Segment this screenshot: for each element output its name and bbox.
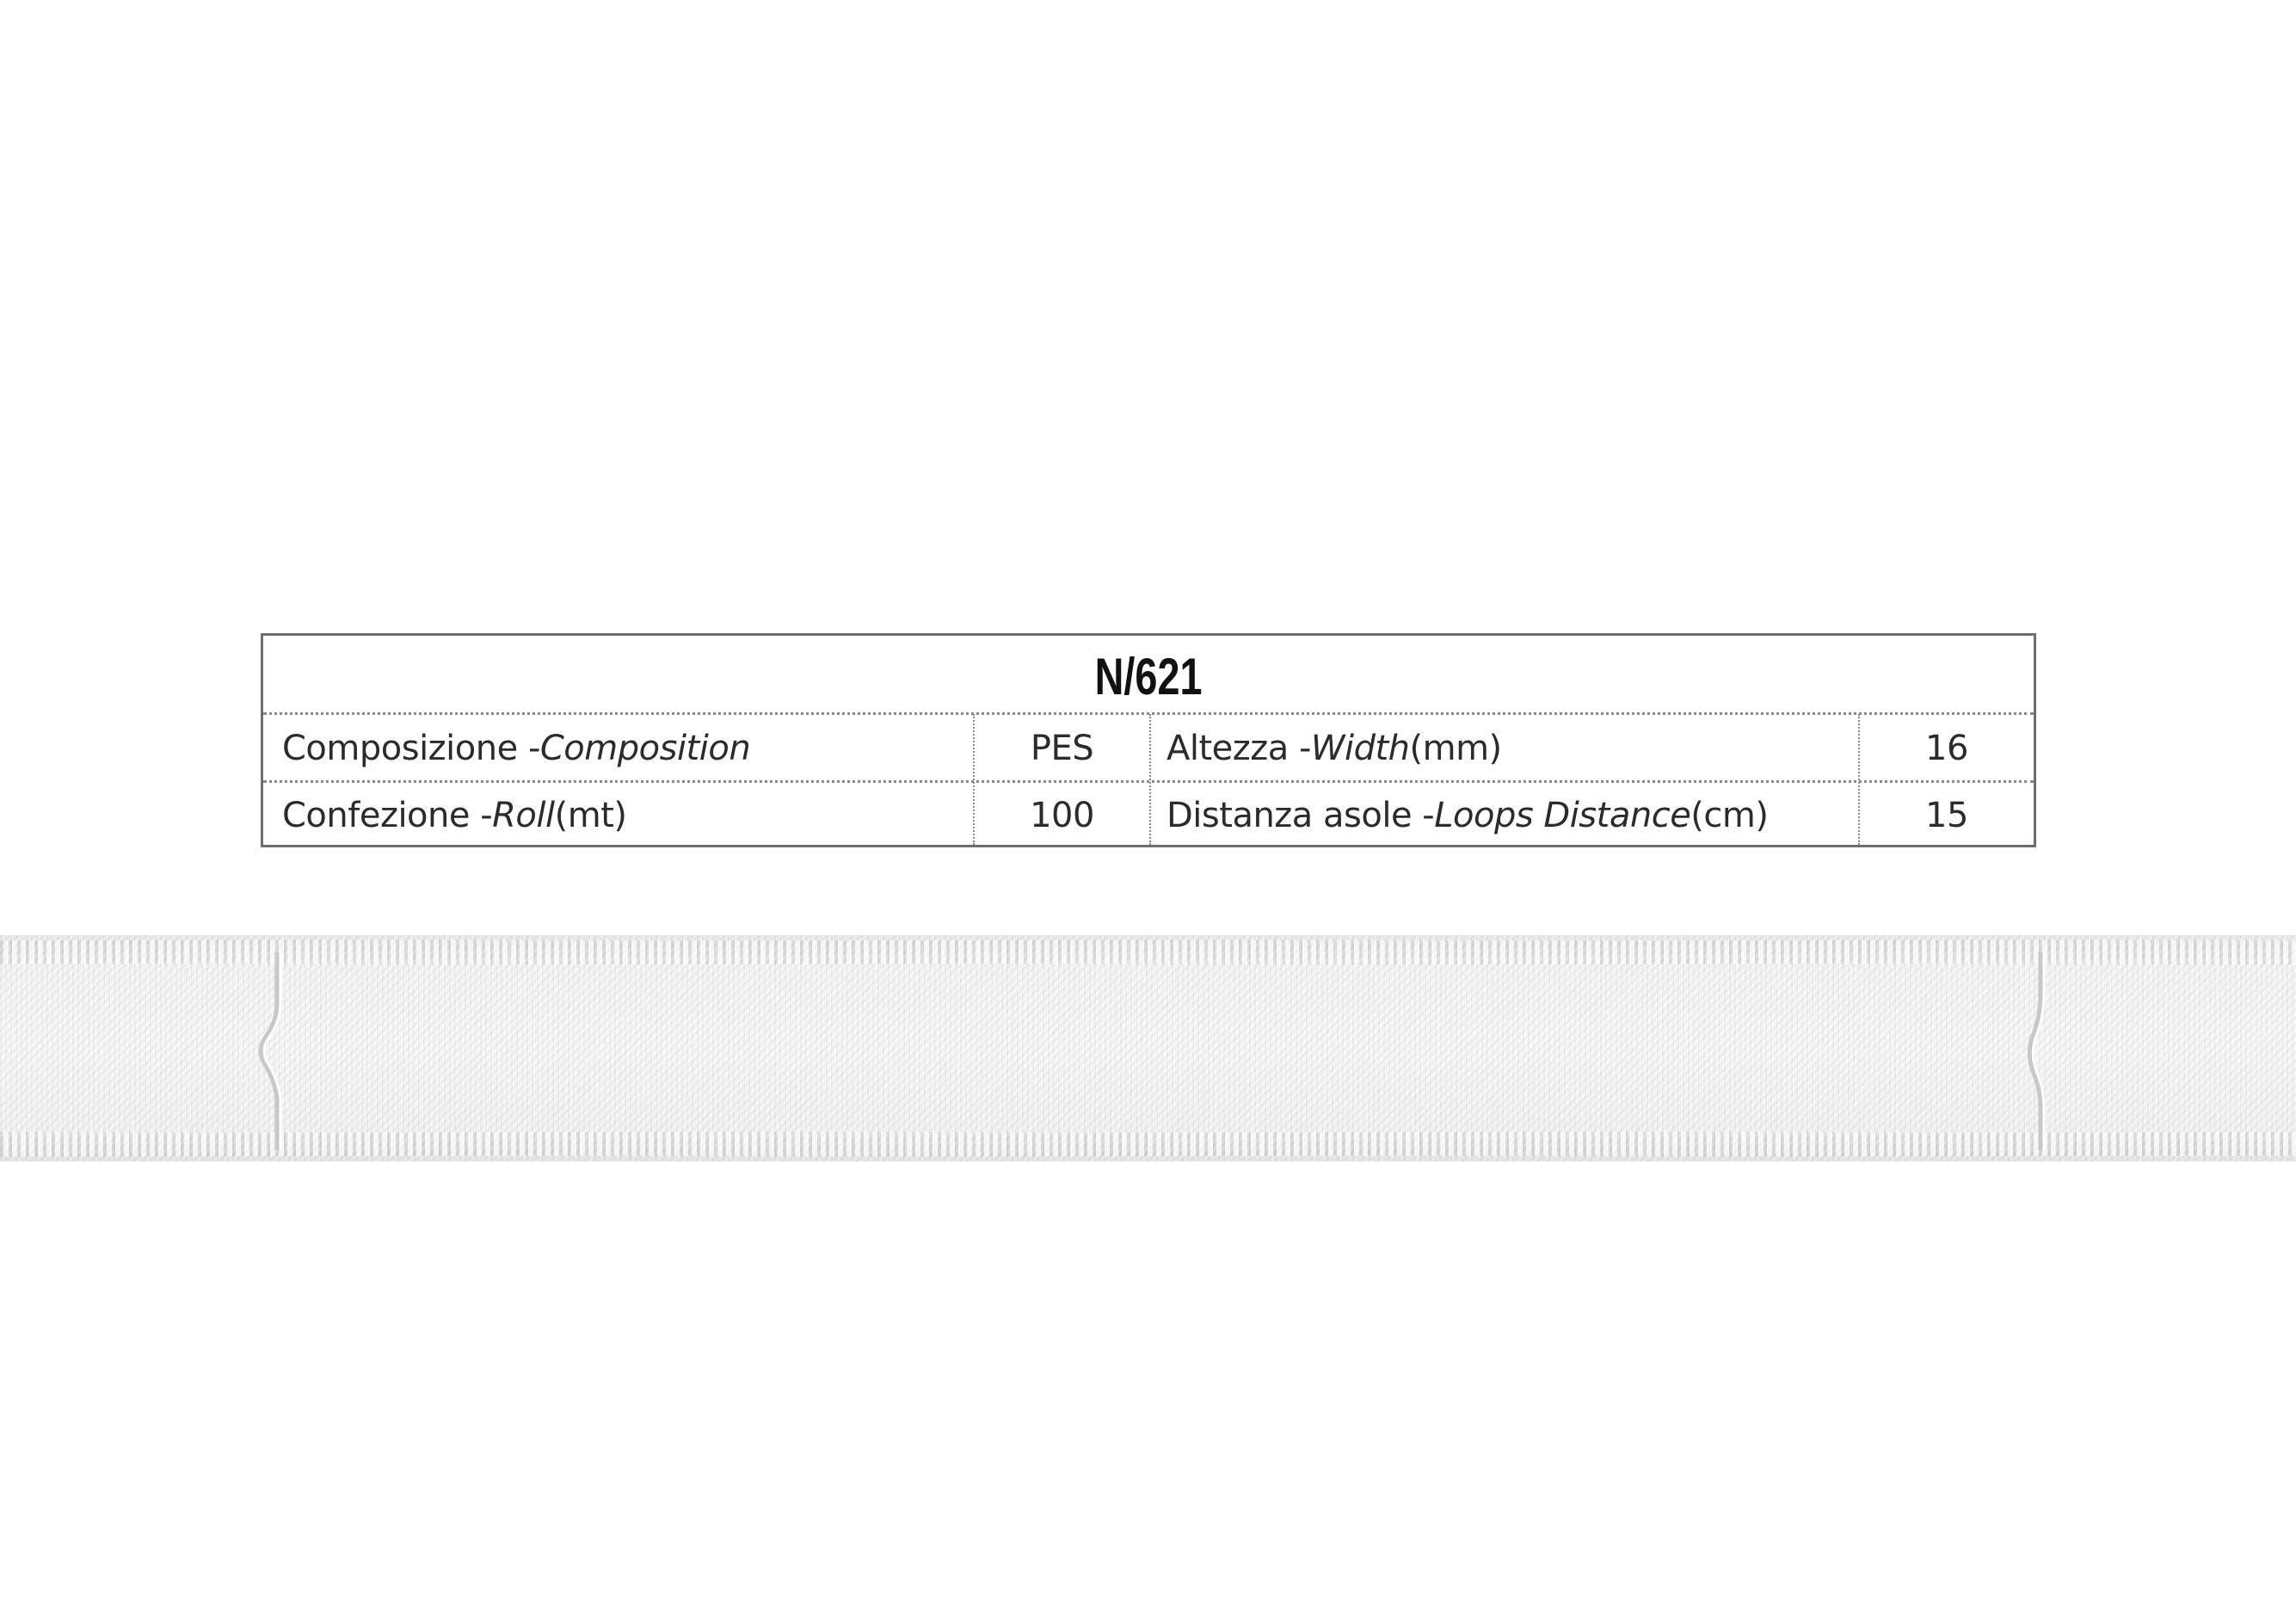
label-unit: (mt) xyxy=(555,796,627,835)
roll-value: 100 xyxy=(975,782,1149,849)
width-label: Altezza - Width (mm) xyxy=(1151,715,1858,782)
spec-table: N/621 Composizione - Composition PES Alt… xyxy=(261,633,2036,847)
loops-distance-label: Distanza asole - Loops Distance (cm) xyxy=(1151,782,1858,849)
product-code: N/621 xyxy=(1095,647,1203,706)
label-en: Width xyxy=(1311,729,1410,768)
loops-distance-value: 15 xyxy=(1860,782,2034,849)
label-en: Roll xyxy=(492,796,555,835)
width-value: 16 xyxy=(1860,715,2034,782)
roll-label: Confezione - Roll (mt) xyxy=(263,782,973,849)
label-it: Composizione - xyxy=(282,729,540,768)
label-en: Loops Distance xyxy=(1434,796,1690,835)
composition-value: PES xyxy=(975,715,1149,782)
label-unit: (mm) xyxy=(1410,729,1502,768)
title-row: N/621 xyxy=(263,636,2034,714)
tape-bottom-edge xyxy=(0,1132,2296,1156)
curtain-tape-image xyxy=(0,935,2296,1161)
label-it: Confezione - xyxy=(282,796,492,835)
loop-pocket-icon xyxy=(251,935,286,1161)
loop-pocket-icon xyxy=(2022,935,2056,1161)
composition-label: Composizione - Composition xyxy=(263,715,973,782)
label-en: Composition xyxy=(540,729,750,768)
label-it: Altezza - xyxy=(1166,729,1311,768)
label-unit: (cm) xyxy=(1690,796,1768,835)
label-it: Distanza asole - xyxy=(1166,796,1434,835)
tape-top-edge xyxy=(0,940,2296,964)
